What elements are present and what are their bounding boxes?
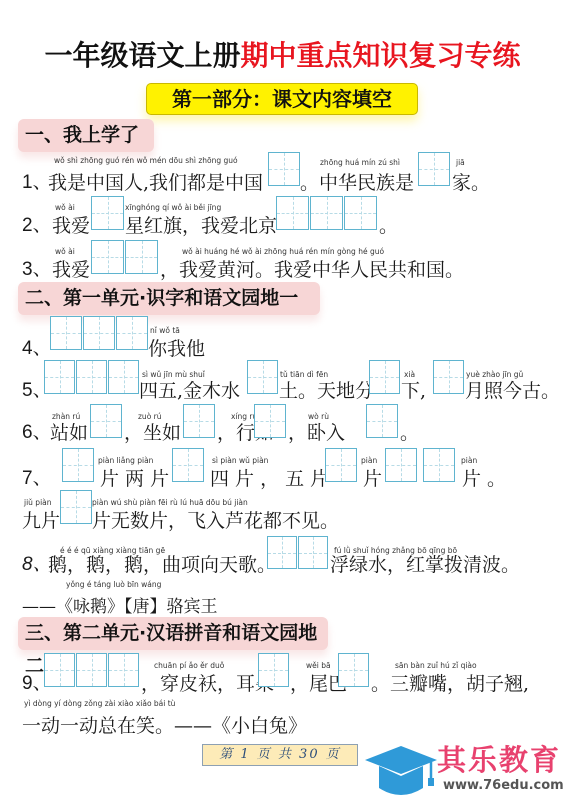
text: 一动一动总在笑。——《小白兔》 <box>22 715 307 737</box>
pinyin: zuò rú <box>138 412 162 421</box>
text: 下, <box>401 380 426 402</box>
text: 片 <box>363 468 382 490</box>
pinyin: zhōng huá mín zú shì <box>320 158 400 167</box>
graduation-cap-icon <box>365 742 437 800</box>
question-7-continued: jiǔ piàn 九片 piàn wú shù piàn fēi rù lú h… <box>0 488 565 532</box>
answer-box[interactable] <box>268 152 300 186</box>
pinyin: xià <box>404 370 415 379</box>
question-2: wǒ ài 2、 我爱 xīnghóng qí wǒ ài běi jīng 星… <box>0 193 565 237</box>
page-indicator: 第 1 页 共 30 页 <box>202 744 358 766</box>
pinyin: zhàn rú <box>52 412 80 421</box>
answer-box[interactable] <box>44 653 75 687</box>
pinyin: sì wǔ jīn mù shuǐ <box>142 370 205 379</box>
brand-logo: 其乐教育 www.76edu.com <box>365 738 565 800</box>
pinyin: wǒ ài huáng hé wǒ ài zhōng huá rén mín g… <box>182 247 384 256</box>
question-number: 7、 <box>22 468 52 490</box>
answer-box[interactable] <box>91 240 124 274</box>
text: 你我他 <box>148 338 205 360</box>
pinyin: sì piàn wǔ piàn <box>212 456 268 465</box>
answer-box[interactable] <box>385 448 417 482</box>
pinyin: wǒ ài <box>55 247 75 256</box>
answer-box[interactable] <box>91 196 124 230</box>
pinyin: chuān pí ǎo ěr duǒ <box>154 661 224 670</box>
part-banner: 第一部分：课文内容填空 <box>146 83 418 115</box>
text: 鹅，鹅，鹅，曲项向天歌。 <box>48 554 276 576</box>
question-6: zhàn rú 6、 站如 zuò rú ，坐如 xíng rú ，行如 wò … <box>0 400 565 444</box>
answer-box[interactable] <box>276 196 309 230</box>
question-9-continued: yì dòng yí dòng zǒng zài xiào xiǎo bái t… <box>0 693 565 737</box>
answer-box[interactable] <box>83 316 115 350</box>
text: 土。天地分 <box>279 380 374 402</box>
answer-box[interactable] <box>44 360 75 394</box>
text: 片 。 <box>462 468 506 490</box>
text: ，穿皮袄，耳朵 <box>141 673 274 695</box>
text: 家。 <box>452 172 490 194</box>
question-1: wǒ shì zhōng guó rén wǒ mén dōu shì zhōn… <box>0 150 565 194</box>
question-7: 7、 piàn liǎng piàn 片 两 片 sì piàn wǔ piàn… <box>0 446 565 490</box>
pinyin: yuè zhào jīn gǔ <box>466 370 523 379</box>
pinyin: piàn liǎng piàn <box>98 456 153 465</box>
text: 。中华民族是 <box>300 172 414 194</box>
text: 星红旗，我爱北京 <box>125 215 277 237</box>
title-red-part: 期中重点知识复习专练 <box>241 39 521 72</box>
text: 片无数片，飞入芦花都不见。 <box>92 510 339 532</box>
question-number: 2、 <box>22 215 52 237</box>
answer-box[interactable] <box>298 536 328 569</box>
section-header-1: 一、我上学了 <box>18 119 154 152</box>
answer-box[interactable] <box>90 404 122 438</box>
text: 。 <box>379 215 398 237</box>
text: 四五,金木水 <box>139 380 240 402</box>
text: 我爱 <box>52 215 90 237</box>
pinyin: yì dòng yí dòng zǒng zài xiào xiǎo bái t… <box>24 699 175 708</box>
text: ，卧入 <box>288 422 345 444</box>
question-5: 5、 sì wǔ jīn mù shuǐ 四五,金木水 tǔ tiān dì f… <box>0 358 565 402</box>
pinyin: piàn wú shù piàn fēi rù lú huā dōu bú ji… <box>92 498 248 507</box>
pinyin: tǔ tiān dì fēn <box>280 370 328 379</box>
pinyin: jiǔ piàn <box>24 498 52 507</box>
answer-box[interactable] <box>258 653 289 687</box>
attribution: ——《咏鹅》【唐】骆宾王 <box>22 596 218 618</box>
section-header-2: 二、第一单元·识字和语文园地一 <box>18 282 320 315</box>
answer-box[interactable] <box>116 316 148 350</box>
answer-box[interactable] <box>366 404 398 438</box>
pinyin: piàn <box>361 456 377 465</box>
answer-box[interactable] <box>50 316 82 350</box>
pinyin: wò rù <box>308 412 329 421</box>
text: 。三瓣嘴，胡子翘, <box>371 673 529 695</box>
text: 。 <box>400 422 419 444</box>
answer-box[interactable] <box>247 360 278 394</box>
section-header-3: 三、第二单元·汉语拼音和语文园地二 <box>18 617 328 650</box>
answer-box[interactable] <box>183 404 215 438</box>
text: 站如 <box>50 422 88 444</box>
pinyin: wǒ ài <box>55 203 75 212</box>
answer-box[interactable] <box>125 240 158 274</box>
text: 月照今古。 <box>465 380 560 402</box>
answer-box[interactable] <box>267 536 297 569</box>
question-number: 6、 <box>22 422 52 444</box>
answer-box[interactable] <box>76 360 107 394</box>
pinyin: jiā <box>456 158 465 167</box>
title-black-part: 一年级语文上册 <box>44 39 240 72</box>
answer-box[interactable] <box>108 653 139 687</box>
question-8: é é é qū xiàng xiàng tiān gē 8、 鹅，鹅，鹅，曲项… <box>0 532 565 576</box>
answer-box[interactable] <box>433 360 464 394</box>
pinyin: wǒ shì zhōng guó rén wǒ mén dōu shì zhōn… <box>54 156 238 165</box>
answer-box[interactable] <box>60 490 92 524</box>
pinyin: piàn <box>461 456 477 465</box>
text: ，坐如 <box>124 422 181 444</box>
poem-attribution: yǒng é táng luò bīn wáng ——《咏鹅》【唐】骆宾王 <box>0 574 565 618</box>
pinyin: yǒng é táng luò bīn wáng <box>66 580 161 589</box>
answer-box[interactable] <box>76 653 107 687</box>
brand-url: www.76edu.com <box>443 778 564 793</box>
answer-box[interactable] <box>62 448 94 482</box>
question-number: 3、 <box>22 259 52 281</box>
question-number: 4、 <box>22 338 52 360</box>
answer-box[interactable] <box>254 404 286 438</box>
text: 四 片 ， 五 片 <box>210 468 329 490</box>
text: 片 两 片 <box>100 468 169 490</box>
answer-box[interactable] <box>423 448 455 482</box>
text: ，我爱黄河。我爱中华人民共和国。 <box>160 259 464 281</box>
question-9: 9、 chuān pí ǎo ěr duǒ ，穿皮袄，耳朵 wěi bā ，尾巴… <box>0 651 565 695</box>
text: 九片 <box>22 510 60 532</box>
answer-box[interactable] <box>172 448 204 482</box>
answer-box[interactable] <box>310 196 343 230</box>
brand-name: 其乐教育 <box>437 738 561 779</box>
answer-box[interactable] <box>338 653 369 687</box>
pinyin: xīnghóng qí wǒ ài běi jīng <box>125 203 221 212</box>
text: 浮绿水，红掌拨清波。 <box>330 554 520 576</box>
answer-box[interactable] <box>418 152 450 186</box>
text: 我是中国人,我们都是中国 <box>48 172 263 194</box>
question-3: wǒ ài 3、 我爱 wǒ ài huáng hé wǒ ài zhōng h… <box>0 237 565 281</box>
answer-box[interactable] <box>325 448 357 482</box>
answer-box[interactable] <box>369 360 400 394</box>
pinyin: wěi bā <box>306 661 331 670</box>
text: 我爱 <box>52 259 90 281</box>
answer-box[interactable] <box>108 360 139 394</box>
answer-box[interactable] <box>344 196 377 230</box>
pinyin: nǐ wǒ tā <box>150 326 180 335</box>
question-4: 4、 nǐ wǒ tā 你我他 <box>0 316 565 360</box>
pinyin: sān bàn zuǐ hú zǐ qiào <box>395 661 477 670</box>
document-title: 一年级语文上册期中重点知识复习专练 <box>0 34 565 74</box>
